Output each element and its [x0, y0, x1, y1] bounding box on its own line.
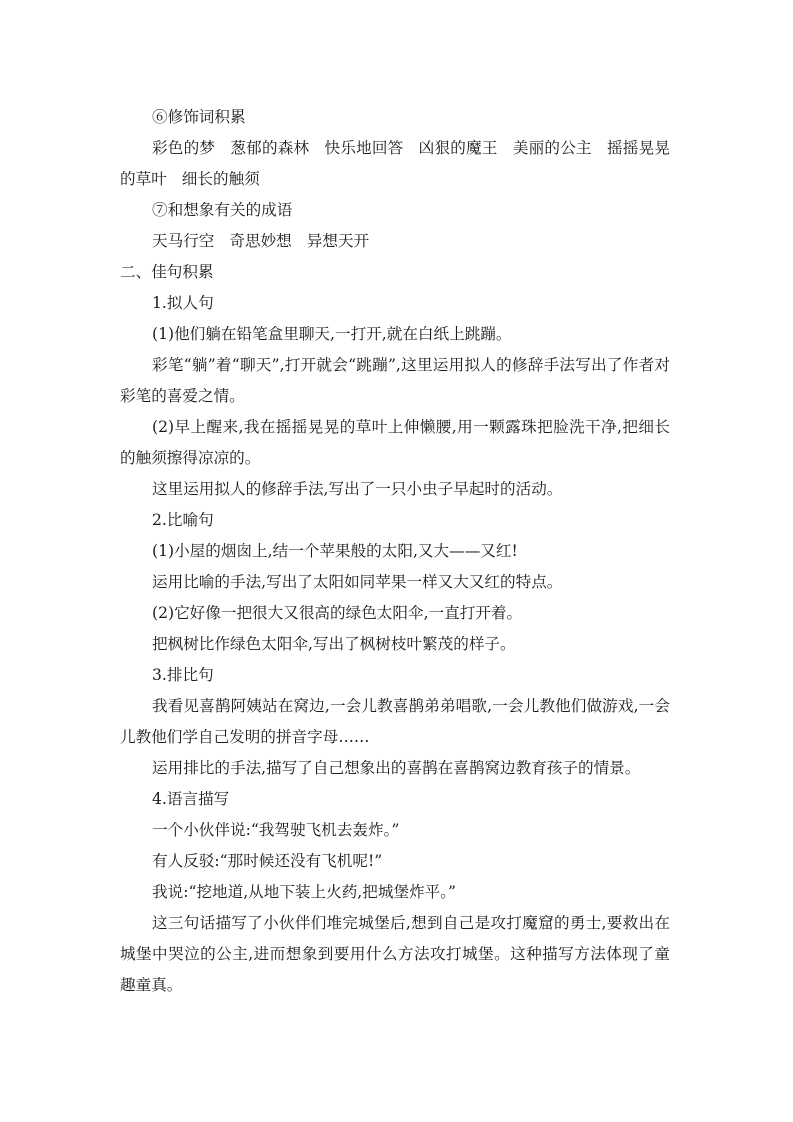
personification-analysis-2: 这里运用拟人的修辞手法,写出了一只小虫子早起时的活动。	[120, 474, 670, 505]
dialogue-analysis: 这三句话描写了小伙伴们堆完城堡后,想到自己是攻打魔窟的勇士,要救出在城堡中哭泣的…	[120, 908, 670, 1001]
idiom-list: 天马行空奇思妙想异想天开	[120, 226, 670, 257]
parallelism-analysis: 运用排比的手法,描写了自己想象出的喜鹊在喜鹊窝边教育孩子的情景。	[120, 753, 670, 784]
idiom: 奇思妙想	[229, 232, 291, 250]
modifier-phrase: 细长的触须	[182, 170, 260, 188]
personification-example-2: (2)早上醒来,我在摇摇晃晃的草叶上伸懒腰,用一颗露珠把脸洗干净,把细长的触须擦…	[120, 412, 670, 474]
personification-analysis-1: 彩笔“躺”着“聊天”,打开就会“跳蹦”,这里运用拟人的修辞手法写出了作者对彩笔的…	[120, 350, 670, 412]
parallelism-heading: 3.排比句	[120, 660, 670, 691]
modifier-phrase: 葱郁的森林	[230, 139, 309, 157]
personification-heading: 1.拟人句	[120, 288, 670, 319]
modifier-phrase-list: 彩色的梦葱郁的森林快乐地回答凶狠的魔王美丽的公主摇摇晃晃的草叶细长的触须	[120, 133, 670, 195]
modifier-phrase: 美丽的公主	[513, 139, 592, 157]
idiom: 天马行空	[152, 232, 214, 250]
metaphor-example-2: (2)它好像一把很大又很高的绿色太阳伞,一直打开着。	[120, 598, 670, 629]
part2-heading: 二、佳句积累	[120, 257, 670, 288]
dialogue-heading: 4.语言描写	[120, 784, 670, 815]
personification-example-1: (1)他们躺在铅笔盒里聊天,一打开,就在白纸上跳蹦。	[120, 319, 670, 350]
metaphor-heading: 2.比喻句	[120, 505, 670, 536]
modifier-heading: ⑥修饰词积累	[120, 102, 670, 133]
metaphor-example-1: (1)小屋的烟囱上,结一个苹果般的太阳,又大——又红!	[120, 536, 670, 567]
metaphor-analysis-1: 运用比喻的手法,写出了太阳如同苹果一样又大又红的特点。	[120, 567, 670, 598]
modifier-phrase: 凶狠的魔王	[418, 139, 497, 157]
idiom-heading: ⑦和想象有关的成语	[120, 195, 670, 226]
document-page: ⑥修饰词积累 彩色的梦葱郁的森林快乐地回答凶狠的魔王美丽的公主摇摇晃晃的草叶细长…	[120, 102, 670, 1001]
dialogue-line-2: 有人反驳:“那时候还没有飞机呢!”	[120, 846, 670, 877]
modifier-phrase: 彩色的梦	[152, 139, 215, 157]
idiom: 异想天开	[307, 232, 369, 250]
dialogue-line-1: 一个小伙伴说:“我驾驶飞机去轰炸。”	[120, 815, 670, 846]
parallelism-example: 我看见喜鹊阿姨站在窝边,一会儿教喜鹊弟弟唱歌,一会儿教他们做游戏,一会儿教他们学…	[120, 691, 670, 753]
dialogue-line-3: 我说:“挖地道,从地下装上火药,把城堡炸平。”	[120, 877, 670, 908]
modifier-phrase: 快乐地回答	[324, 139, 403, 157]
metaphor-analysis-2: 把枫树比作绿色太阳伞,写出了枫树枝叶繁茂的样子。	[120, 629, 670, 660]
